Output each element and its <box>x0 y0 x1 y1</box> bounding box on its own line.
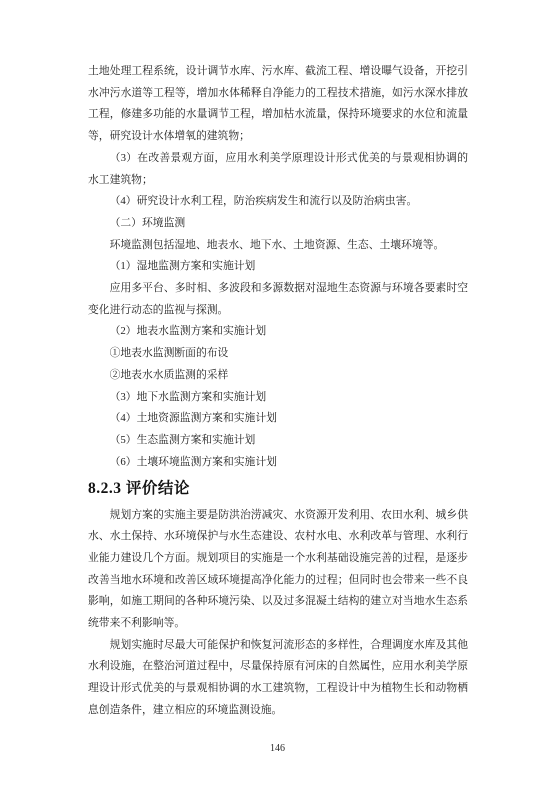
paragraph: （6）土壤环境监测方案和实施计划 <box>88 452 468 474</box>
document-page: 土地处理工程系统，设计调节水库、污水库、截流工程、增设曝气设备，开挖引水冲污水道… <box>0 0 555 785</box>
paragraph: （二）环境监测 <box>88 213 468 235</box>
paragraph: ②地表水水质监测的采样 <box>88 365 468 387</box>
paragraph: （1）湿地监测方案和实施计划 <box>88 256 468 278</box>
paragraph: （4）研究设计水利工程，防治疾病发生和流行以及防治病虫害。 <box>88 191 468 213</box>
paragraph: （5）生态监测方案和实施计划 <box>88 430 468 452</box>
paragraph: （3）在改善景观方面，应用水利美学原理设计形式优美的与景观相协调的水工建筑物； <box>88 148 468 191</box>
paragraph: 规划方案的实施主要是防洪治涝减灾、水资源开发利用、农田水利、城乡供水、水土保持、… <box>88 505 468 635</box>
page-number: 146 <box>270 743 285 754</box>
section-heading: 8.2.3 评价结论 <box>88 476 468 502</box>
paragraph: 环境监测包括湿地、地表水、地下水、土地资源、生态、土壤环境等。 <box>88 235 468 257</box>
paragraph: （2）地表水监测方案和实施计划 <box>88 321 468 343</box>
paragraph: 土地处理工程系统，设计调节水库、污水库、截流工程、增设曝气设备，开挖引水冲污水道… <box>88 61 468 148</box>
paragraph: （3）地下水监测方案和实施计划 <box>88 387 468 409</box>
document-content: 土地处理工程系统，设计调节水库、污水库、截流工程、增设曝气设备，开挖引水冲污水道… <box>88 61 468 722</box>
page-footer: 146 <box>0 738 555 756</box>
paragraph: （4）土地资源监测方案和实施计划 <box>88 408 468 430</box>
paragraph: 应用多平台、多时相、多波段和多源数据对湿地生态资源与环境各要素时空变化进行动态的… <box>88 278 468 321</box>
paragraph: 规划实施时尽最大可能保护和恢复河流形态的多样性，合理调度水库及其他水利设施，在整… <box>88 635 468 722</box>
paragraph: ①地表水监测断面的布设 <box>88 343 468 365</box>
